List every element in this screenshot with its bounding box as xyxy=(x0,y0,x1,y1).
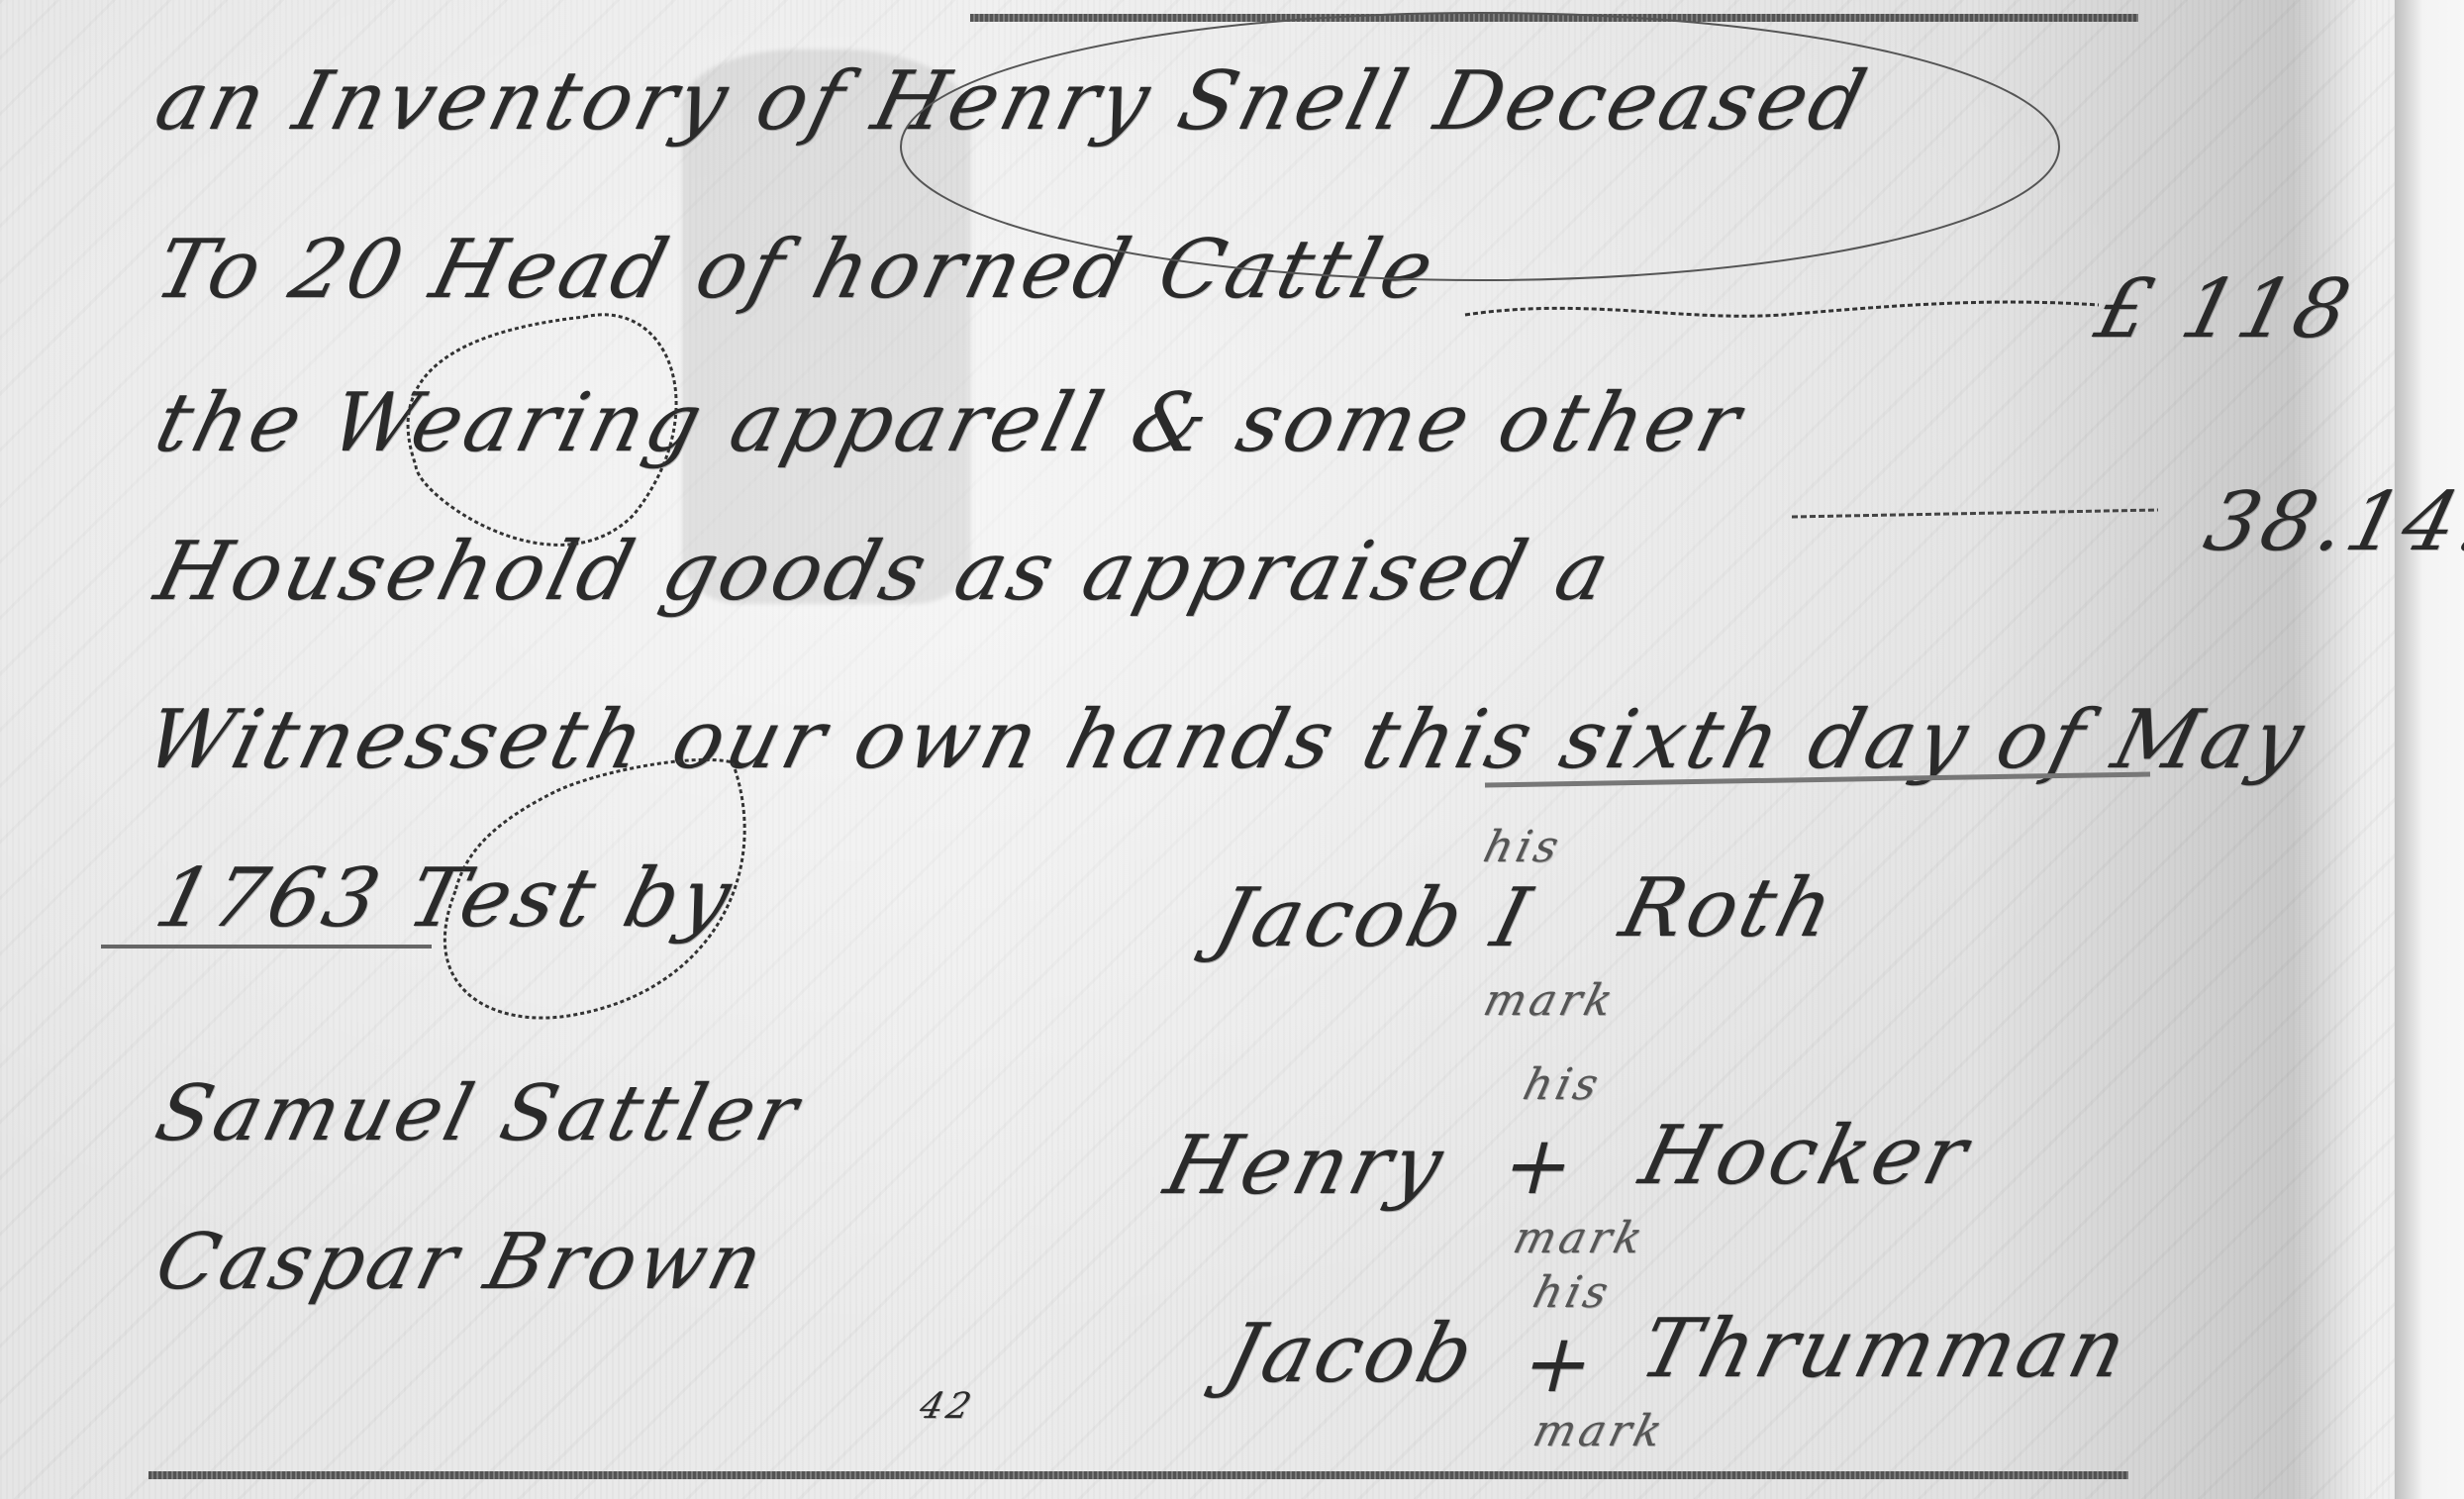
cattle-line: To 20 Head of horned Cattle xyxy=(147,223,1446,317)
signer-jacob-roth-mark: mark xyxy=(1479,975,1622,1026)
signer-henry-hocker-mark: mark xyxy=(1509,1213,1651,1263)
signer-jacob-thrumman-his: his xyxy=(1528,1267,1618,1318)
page-number: 42 xyxy=(916,1386,979,1427)
date-test-line: 1763 Test by xyxy=(147,851,743,946)
household-goods-line: Household goods as appraised a xyxy=(147,525,1622,619)
signer-henry-hocker-last: Hocker xyxy=(1631,1109,1980,1203)
signer-henry-hocker-first: Henry xyxy=(1156,1119,1455,1213)
signer-jacob-roth-last: Roth xyxy=(1612,861,1846,955)
inventory-title-line: an Inventory of Henry Snell Deceased xyxy=(147,54,1878,149)
page-edge xyxy=(2395,0,2464,1499)
amount-leader-line-1 xyxy=(1465,302,2099,316)
apparel-line: the Wearing apparell & some other xyxy=(147,376,1753,470)
signer-jacob-roth-his: his xyxy=(1479,822,1568,872)
witness-caspar-brown: Caspar Brown xyxy=(148,1218,775,1307)
signer-henry-hocker-his: his xyxy=(1519,1059,1608,1110)
signer-henry-hocker-mark-symbol: + xyxy=(1493,1119,1588,1213)
signer-jacob-thrumman-mark: mark xyxy=(1528,1406,1671,1456)
scanned-document-page: an Inventory of Henry Snell Deceased To … xyxy=(0,0,2464,1499)
witnesseth-line: Witnesseth our own hands this sixth day … xyxy=(137,693,2316,787)
amount-leader-line-2 xyxy=(1792,510,2158,517)
signer-jacob-roth-first: Jacob xyxy=(1206,871,1476,965)
witness-samuel-sattler: Samuel Sattler xyxy=(148,1069,811,1158)
amount-cattle: £ 118 xyxy=(2087,262,2362,356)
top-ledger-rule xyxy=(970,14,2138,22)
signer-jacob-thrumman-mark-symbol: + xyxy=(1513,1317,1608,1411)
amount-household: 38.14.6 xyxy=(2196,475,2464,569)
signer-jacob-thrumman-last: Thrumman xyxy=(1631,1302,2138,1396)
signer-jacob-thrumman-first: Jacob xyxy=(1216,1307,1486,1401)
bottom-ledger-rule xyxy=(148,1471,2128,1479)
signer-jacob-roth-mark-symbol: I xyxy=(1483,871,1542,965)
